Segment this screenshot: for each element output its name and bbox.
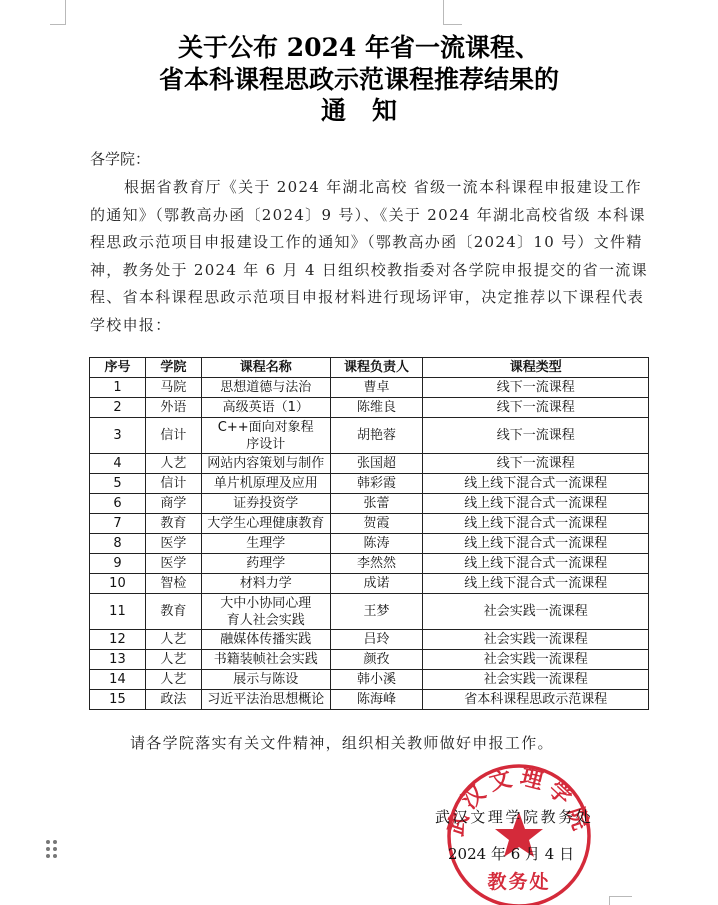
grip-dots-icon[interactable] [46, 840, 60, 858]
page-corner-mark-top-left [50, 0, 66, 25]
official-seal-icon: 武汉文理学院 教务处 [445, 762, 593, 905]
cell-leader: 颜孜 [330, 650, 423, 670]
header-leader: 课程负责人 [330, 358, 423, 378]
cell-type: 社会实践一流课程 [423, 594, 649, 630]
cell-course: 药理学 [201, 554, 330, 574]
table-row: 14人艺展示与陈设韩小溪社会实践一流课程 [90, 670, 649, 690]
cell-type: 线下一流课程 [423, 378, 649, 398]
cell-type: 线上线下混合式一流课程 [423, 474, 649, 494]
cell-no: 3 [90, 418, 146, 454]
table-row: 9医学药理学李然然线上线下混合式一流课程 [90, 554, 649, 574]
cell-course: 展示与陈设 [201, 670, 330, 690]
cell-college: 人艺 [145, 630, 201, 650]
header-type: 课程类型 [423, 358, 649, 378]
cell-college: 马院 [145, 378, 201, 398]
table-row: 2外语高级英语（1）陈维良线下一流课程 [90, 398, 649, 418]
cell-college: 智检 [145, 574, 201, 594]
signature: 武汉文理学院教务处 [435, 806, 593, 827]
seal-inner-text: 教务处 [487, 870, 550, 893]
cell-no: 7 [90, 514, 146, 534]
table-row: 11教育大中小协同心理育人社会实践王梦社会实践一流课程 [90, 594, 649, 630]
cell-no: 4 [90, 454, 146, 474]
course-table: 序号 学院 课程名称 课程负责人 课程类型 1马院思想道德与法治曹卓线下一流课程… [89, 357, 649, 710]
cell-leader: 李然然 [330, 554, 423, 574]
cell-type: 线下一流课程 [423, 398, 649, 418]
cell-course: 网站内容策划与制作 [201, 454, 330, 474]
cell-type: 线下一流课程 [423, 418, 649, 454]
closing-paragraph: 请各学院落实有关文件精神，组织相关教师做好申报工作。 [130, 732, 554, 753]
cell-no: 12 [90, 630, 146, 650]
cell-type: 线下一流课程 [423, 454, 649, 474]
table-row: 10智检材料力学成诺线上线下混合式一流课程 [90, 574, 649, 594]
cell-college: 教育 [145, 594, 201, 630]
cell-no: 9 [90, 554, 146, 574]
cell-college: 人艺 [145, 670, 201, 690]
cell-leader: 韩彩霞 [330, 474, 423, 494]
cell-leader: 曹卓 [330, 378, 423, 398]
table-row: 3信计C++面向对象程序设计胡艳蓉线下一流课程 [90, 418, 649, 454]
cell-college: 信计 [145, 418, 201, 454]
cell-course: 单片机原理及应用 [201, 474, 330, 494]
cell-leader: 成诺 [330, 574, 423, 594]
cell-leader: 胡艳蓉 [330, 418, 423, 454]
cell-course: 书籍装帧社会实践 [201, 650, 330, 670]
cell-type: 社会实践一流课程 [423, 670, 649, 690]
page-corner-mark-top-right [443, 0, 462, 25]
cell-leader: 王梦 [330, 594, 423, 630]
cell-course: 高级英语（1） [201, 398, 330, 418]
cell-course: 生理学 [201, 534, 330, 554]
title-line-1: 关于公布 2024 年省一流课程、 [0, 28, 718, 64]
cell-no: 8 [90, 534, 146, 554]
cell-no: 11 [90, 594, 146, 630]
cell-leader: 韩小溪 [330, 670, 423, 690]
cell-leader: 贺霞 [330, 514, 423, 534]
cell-college: 教育 [145, 514, 201, 534]
cell-college: 外语 [145, 398, 201, 418]
table-row: 13人艺书籍装帧社会实践颜孜社会实践一流课程 [90, 650, 649, 670]
header-no: 序号 [90, 358, 146, 378]
cell-course: 习近平法治思想概论 [201, 690, 330, 710]
cell-leader: 陈维良 [330, 398, 423, 418]
cell-no: 15 [90, 690, 146, 710]
cell-type: 社会实践一流课程 [423, 650, 649, 670]
cell-type: 线上线下混合式一流课程 [423, 494, 649, 514]
cell-college: 信计 [145, 474, 201, 494]
cell-leader: 张国超 [330, 454, 423, 474]
table-row: 6商学证券投资学张蕾线上线下混合式一流课程 [90, 494, 649, 514]
table-row: 12人艺融媒体传播实践吕玲社会实践一流课程 [90, 630, 649, 650]
cell-type: 线上线下混合式一流课程 [423, 534, 649, 554]
cell-course: 融媒体传播实践 [201, 630, 330, 650]
cell-course: 大学生心理健康教育 [201, 514, 330, 534]
table-row: 8医学生理学陈涛线上线下混合式一流课程 [90, 534, 649, 554]
header-college: 学院 [145, 358, 201, 378]
cell-course: 大中小协同心理育人社会实践 [201, 594, 330, 630]
table-header-row: 序号 学院 课程名称 课程负责人 课程类型 [90, 358, 649, 378]
cell-leader: 吕玲 [330, 630, 423, 650]
table-row: 5信计单片机原理及应用韩彩霞线上线下混合式一流课程 [90, 474, 649, 494]
signature-date: 2024 年 6 月 4 日 [448, 843, 574, 864]
cell-college: 商学 [145, 494, 201, 514]
cell-college: 医学 [145, 534, 201, 554]
cell-no: 13 [90, 650, 146, 670]
cell-type: 省本科课程思政示范课程 [423, 690, 649, 710]
cell-type: 线上线下混合式一流课程 [423, 574, 649, 594]
cell-leader: 张蕾 [330, 494, 423, 514]
body-paragraph: 根据省教育厅《关于 2024 年湖北高校 省级一流本科课程申报建设工作的通知》（… [90, 174, 650, 339]
cell-no: 14 [90, 670, 146, 690]
cell-college: 人艺 [145, 650, 201, 670]
cell-college: 人艺 [145, 454, 201, 474]
cell-no: 1 [90, 378, 146, 398]
cell-course: 材料力学 [201, 574, 330, 594]
cell-type: 社会实践一流课程 [423, 630, 649, 650]
cell-course: C++面向对象程序设计 [201, 418, 330, 454]
cell-no: 10 [90, 574, 146, 594]
greeting: 各学院： [90, 146, 650, 174]
cell-no: 2 [90, 398, 146, 418]
cell-no: 6 [90, 494, 146, 514]
cell-college: 医学 [145, 554, 201, 574]
cell-leader: 陈涛 [330, 534, 423, 554]
page-corner-mark-bottom-right [609, 896, 632, 905]
cell-type: 线上线下混合式一流课程 [423, 554, 649, 574]
table-row: 7教育大学生心理健康教育贺霞线上线下混合式一流课程 [90, 514, 649, 534]
cell-college: 政法 [145, 690, 201, 710]
title-line-3: 通知 [0, 91, 718, 127]
table-row: 4人艺网站内容策划与制作张国超线下一流课程 [90, 454, 649, 474]
cell-leader: 陈海峰 [330, 690, 423, 710]
cell-type: 线上线下混合式一流课程 [423, 514, 649, 534]
table-row: 15政法习近平法治思想概论陈海峰省本科课程思政示范课程 [90, 690, 649, 710]
cell-no: 5 [90, 474, 146, 494]
cell-course: 思想道德与法治 [201, 378, 330, 398]
header-course: 课程名称 [201, 358, 330, 378]
cell-course: 证券投资学 [201, 494, 330, 514]
table-row: 1马院思想道德与法治曹卓线下一流课程 [90, 378, 649, 398]
